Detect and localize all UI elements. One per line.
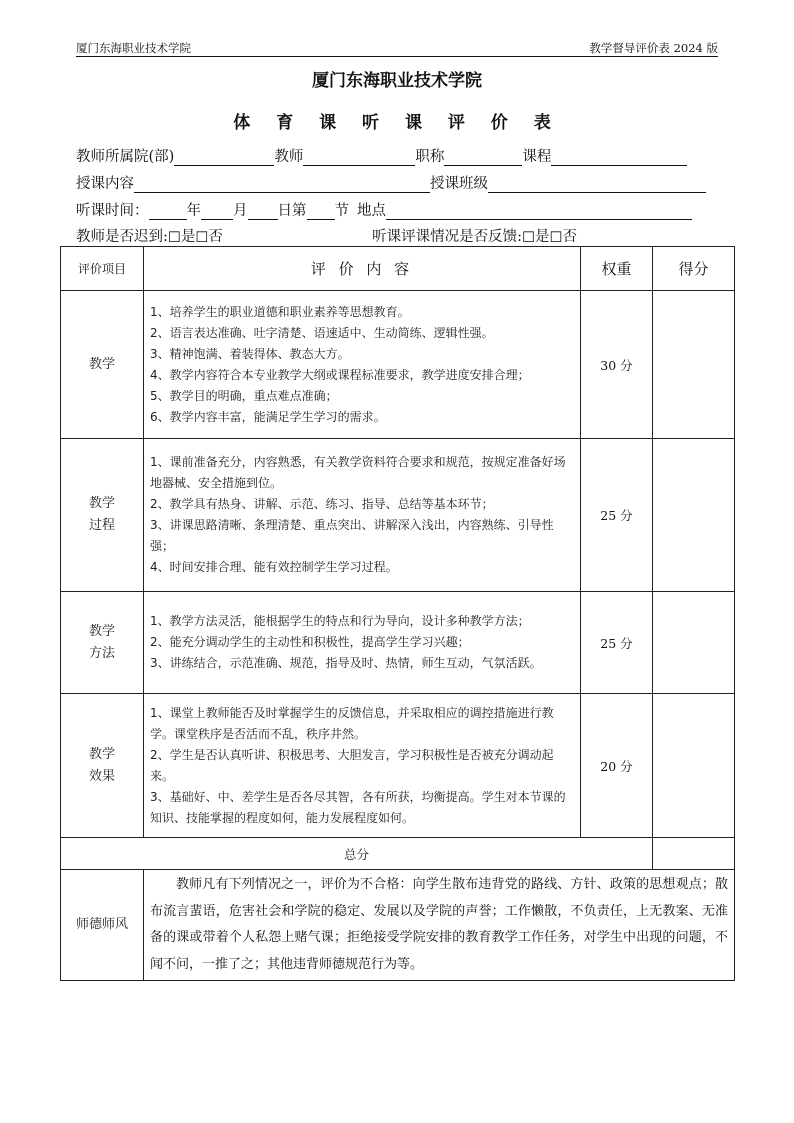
dept-label: 教师所属院(部) [76, 145, 174, 166]
title-label: 职称 [415, 145, 444, 166]
criterion: 3、精神饱满、着装得体、教态大方。 [150, 344, 574, 365]
class-field[interactable] [488, 176, 706, 193]
ethics-text: 教师凡有下列情况之一，评价为不合格：向学生散布违背党的路线、方针、政策的思想观点… [144, 870, 735, 981]
content-field[interactable] [134, 176, 430, 193]
item-teaching: 教学 [61, 291, 144, 439]
criterion: 1、课前准备充分，内容熟悉，有关教学资料符合要求和规范，按规定准备好场地器械、安… [150, 452, 574, 494]
weight-effect: 20 分 [581, 694, 653, 838]
table-row: 教学 1、培养学生的职业道德和职业素养等思想教育。 2、语言表达准确、吐字清楚、… [61, 291, 735, 439]
teacher-label: 教师 [274, 145, 303, 166]
criterion: 1、培养学生的职业道德和职业素养等思想教育。 [150, 302, 574, 323]
header-content: 评 价 内 容 [144, 247, 581, 291]
late-no-checkbox[interactable]: ☐ [195, 230, 208, 246]
criterion: 1、课堂上教师能否及时掌握学生的反馈信息，并采取相应的调控措施进行教学。课堂秩序… [150, 703, 574, 745]
score-process[interactable] [653, 439, 735, 592]
criterion: 2、能充分调动学生的主动性和积极性，提高学生学习兴趣； [150, 632, 574, 653]
total-score[interactable] [653, 838, 735, 870]
feedback-yes-label: 是 [535, 225, 550, 246]
criterion: 2、教学具有热身、讲解、示范、练习、指导、总结等基本环节； [150, 494, 574, 515]
rank-field[interactable] [444, 149, 522, 166]
header-divider [76, 56, 718, 57]
weight-teaching: 30 分 [581, 291, 653, 439]
total-row: 总分 [61, 838, 735, 870]
late-yes-checkbox[interactable]: ☐ [168, 230, 181, 246]
feedback-no-label: 否 [563, 225, 578, 246]
teacher-field[interactable] [303, 149, 415, 166]
content-teaching: 1、培养学生的职业道德和职业素养等思想教育。 2、语言表达准确、吐字清楚、语速适… [144, 291, 581, 439]
criterion: 1、教学方法灵活，能根据学生的特点和行为导向，设计多种教学方法； [150, 611, 574, 632]
total-label: 总分 [61, 838, 653, 870]
month-field[interactable] [201, 203, 233, 220]
course-label: 课程 [522, 145, 551, 166]
late-label: 教师是否迟到: [76, 225, 168, 246]
late-no-label: 否 [208, 225, 223, 246]
header-weight: 权重 [581, 247, 653, 291]
item-label: 教学 [61, 493, 143, 515]
item-method: 教学 方法 [61, 592, 144, 694]
item-label: 过程 [61, 515, 143, 537]
ethics-label: 师德师风 [61, 870, 144, 981]
criterion: 2、学生是否认真听讲、积极思考、大胆发言，学习积极性是否被充分调动起来。 [150, 745, 574, 787]
info-row-1: 教师所属院(部)教师职称课程 [76, 145, 718, 165]
place-label: 地点 [357, 199, 386, 220]
year-field[interactable] [149, 203, 187, 220]
time-label: 听课时间： [76, 199, 149, 220]
content-label: 授课内容 [76, 172, 134, 193]
criterion: 6、教学内容丰富，能满足学生学习的需求。 [150, 407, 574, 428]
evaluation-table: 评价项目 评 价 内 容 权重 得分 教学 1、培养学生的职业道德和职业素养等思… [60, 246, 735, 981]
info-row-2: 授课内容授课班级 [76, 172, 718, 192]
year-label: 年 [187, 199, 202, 220]
criterion: 4、时间安排合理、能有效控制学生学习过程。 [150, 557, 574, 578]
item-label: 效果 [61, 766, 143, 788]
item-effect: 教学 效果 [61, 694, 144, 838]
table-row: 教学 方法 1、教学方法灵活，能根据学生的特点和行为导向，设计多种教学方法； 2… [61, 592, 735, 694]
content-method: 1、教学方法灵活，能根据学生的特点和行为导向，设计多种教学方法； 2、能充分调动… [144, 592, 581, 694]
item-label: 教学 [61, 621, 143, 643]
criterion: 5、教学目的明确，重点难点准确； [150, 386, 574, 407]
header-item: 评价项目 [61, 247, 144, 291]
info-row-3: 听课时间：年月日第节地点 [76, 199, 718, 219]
criterion: 3、基础好、中、差学生是否各尽其智，各有所获，均衡提高。学生对本节课的知识、技能… [150, 787, 574, 829]
criterion: 3、讲课思路清晰、条理清楚、重点突出、讲解深入浅出，内容熟练、引导性强； [150, 515, 574, 557]
school-title: 厦门东海职业技术学院 [0, 66, 794, 91]
ethics-row: 师德师风 教师凡有下列情况之一，评价为不合格：向学生散布违背党的路线、方针、政策… [61, 870, 735, 981]
weight-process: 25 分 [581, 439, 653, 592]
table-header-row: 评价项目 评 价 内 容 权重 得分 [61, 247, 735, 291]
content-effect: 1、课堂上教师能否及时掌握学生的反馈信息，并采取相应的调控措施进行教学。课堂秩序… [144, 694, 581, 838]
place-field[interactable] [386, 203, 692, 220]
feedback-label: 听课评课情况是否反馈: [372, 225, 522, 246]
late-yes-label: 是 [181, 225, 196, 246]
table-row: 教学 过程 1、课前准备充分，内容熟悉，有关教学资料符合要求和规范，按规定准备好… [61, 439, 735, 592]
criterion: 2、语言表达准确、吐字清楚、语速适中、生动简练、逻辑性强。 [150, 323, 574, 344]
feedback-yes-checkbox[interactable]: ☐ [522, 230, 535, 246]
header-school-name: 厦门东海职业技术学院 [76, 40, 191, 56]
info-row-4: 教师是否迟到:☐是☐否 听课评课情况是否反馈:☐是☐否 [76, 225, 718, 245]
month-label: 月 [233, 199, 248, 220]
class-label: 授课班级 [430, 172, 488, 193]
day-field[interactable] [248, 203, 278, 220]
period-field[interactable] [307, 203, 335, 220]
dept-field[interactable] [174, 149, 274, 166]
feedback-no-checkbox[interactable]: ☐ [550, 230, 563, 246]
weight-method: 25 分 [581, 592, 653, 694]
score-teaching[interactable] [653, 291, 735, 439]
criterion: 3、讲练结合，示范准确、规范，指导及时、热情，师生互动，气氛活跃。 [150, 653, 574, 674]
day-label: 日第 [278, 199, 307, 220]
score-effect[interactable] [653, 694, 735, 838]
criterion: 4、教学内容符合本专业教学大纲或课程标准要求，教学进度安排合理； [150, 365, 574, 386]
course-field[interactable] [551, 149, 687, 166]
header-form-version: 教学督导评价表 2024 版 [589, 40, 718, 56]
item-label: 方法 [61, 643, 143, 665]
content-process: 1、课前准备充分，内容熟悉，有关教学资料符合要求和规范，按规定准备好场地器械、安… [144, 439, 581, 592]
form-title: 体 育 课 听 课 评 价 表 [0, 108, 794, 133]
header-score: 得分 [653, 247, 735, 291]
period-label: 节 [335, 199, 350, 220]
item-process: 教学 过程 [61, 439, 144, 592]
item-label: 教学 [61, 744, 143, 766]
table-row: 教学 效果 1、课堂上教师能否及时掌握学生的反馈信息，并采取相应的调控措施进行教… [61, 694, 735, 838]
score-method[interactable] [653, 592, 735, 694]
